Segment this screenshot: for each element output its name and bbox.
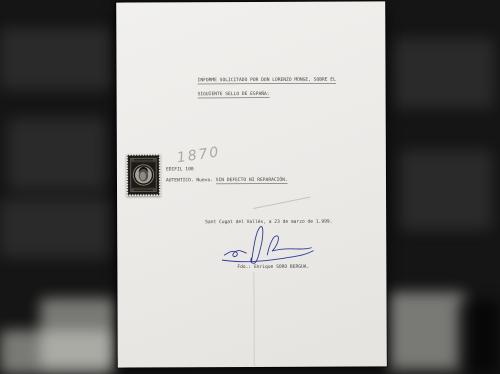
photo-backdrop: INFORME SOLICITADO POR DON LORENZO MONGE… [0, 0, 500, 374]
condition-line: AUTENTICO. Nuevo. SIN DEFECTO NI REPARAC… [166, 177, 288, 183]
report-heading-line1-text: INFORME SOLICITADO POR DON LORENZO MONGE… [198, 77, 336, 84]
condition-plain-text: AUTENTICO. Nuevo. [166, 177, 216, 183]
backdrop-texture-blob [400, 150, 492, 230]
backdrop-texture-blob [394, 38, 494, 108]
backdrop-texture-blob [0, 330, 112, 374]
stamp-image [126, 153, 161, 196]
backdrop-texture-blob [8, 118, 106, 190]
report-heading-line2: SIGUIENTE SELLO DE ESPAÑA: [198, 91, 270, 97]
signature [220, 224, 315, 266]
backdrop-texture-blob [0, 198, 110, 258]
report-heading-line1: INFORME SOLICITADO POR DON LORENZO MONGE… [198, 77, 336, 83]
report-heading-line2-text: SIGUIENTE SELLO DE ESPAÑA: [198, 91, 270, 98]
catalog-reference-line: EDIFIL 100 [166, 166, 194, 172]
signed-by-line: Fdo.: Enrique SORO BERGUA. [237, 264, 309, 270]
paper-crease-diagonal [253, 197, 310, 209]
certificate-paper: INFORME SOLICITADO POR DON LORENZO MONGE… [116, 1, 387, 367]
backdrop-texture-blob [40, 298, 116, 368]
backdrop-texture-blob [458, 300, 500, 374]
pencil-year-annotation: 1870 [176, 144, 221, 166]
paper-crease-vertical [253, 272, 254, 368]
backdrop-texture-blob [0, 28, 112, 90]
condition-underlined-text: SIN DEFECTO NI REPARACIÓN. [216, 177, 288, 184]
backdrop-texture-blob [388, 292, 466, 370]
